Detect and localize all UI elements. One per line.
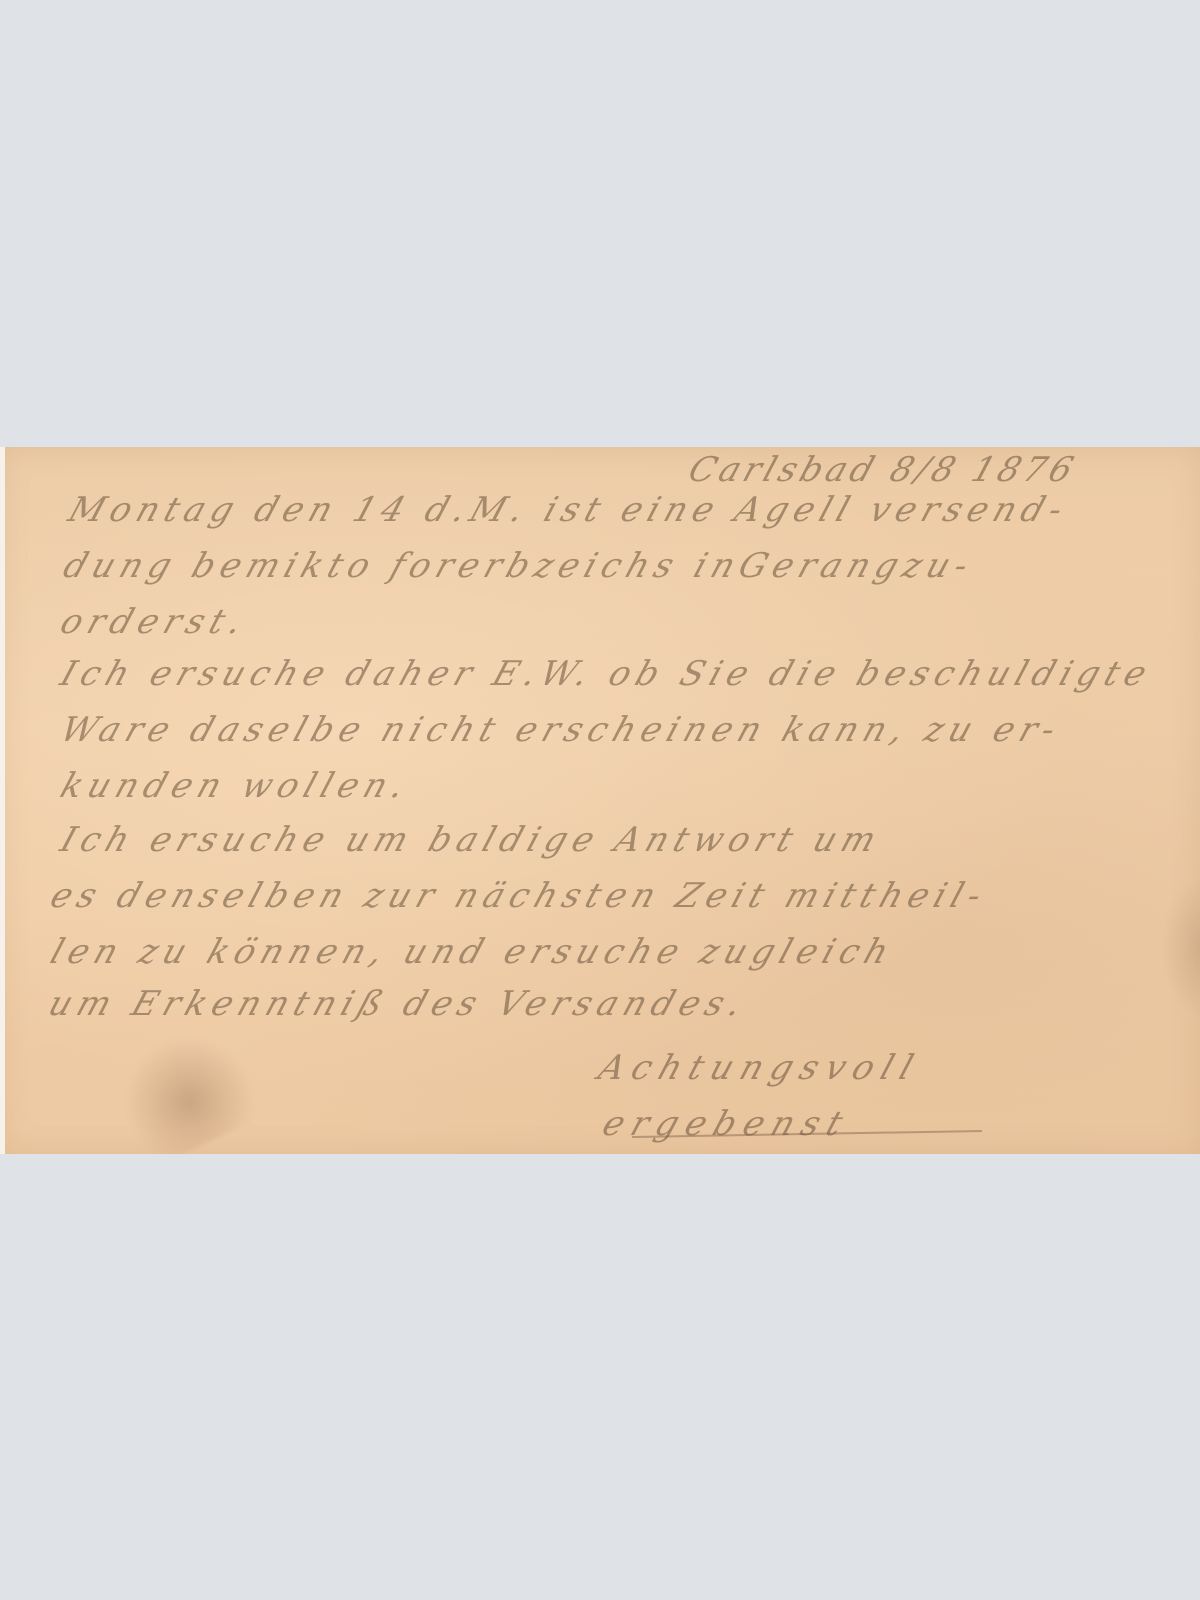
body-line: es denselben zur nächsten Zeit mittheil- bbox=[46, 879, 991, 913]
body-line: um Erkenntniß des Versandes. bbox=[44, 987, 751, 1021]
body-line: Ich ersuche um baldige Antwort um bbox=[56, 823, 886, 857]
body-line: Ware daselbe nicht erscheinen kann, zu e… bbox=[56, 713, 1065, 747]
body-line: orderst. bbox=[56, 605, 252, 639]
body-line: Ich ersuche daher E.W. ob Sie die beschu… bbox=[56, 657, 1156, 691]
ink-smudge-right bbox=[1160, 877, 1200, 1017]
closing-line: Achtungsvoll bbox=[594, 1051, 925, 1085]
card-edge bbox=[0, 447, 5, 1154]
body-line: len zu können, und ersuche zugleich bbox=[46, 935, 898, 969]
page: Carlsbad 8/8 1876 Montag den 14 d.M. ist… bbox=[0, 0, 1200, 1600]
body-line: kunden wollen. bbox=[56, 769, 414, 803]
body-line: Montag den 14 d.M. ist eine Agell versen… bbox=[64, 493, 1072, 527]
postcard: Carlsbad 8/8 1876 Montag den 14 d.M. ist… bbox=[0, 447, 1200, 1154]
ink-smudge bbox=[103, 1015, 267, 1154]
dateline: Carlsbad 8/8 1876 bbox=[684, 453, 1081, 487]
body-line: dung bemikto forerbzeichs inGerangzu- bbox=[59, 549, 978, 583]
